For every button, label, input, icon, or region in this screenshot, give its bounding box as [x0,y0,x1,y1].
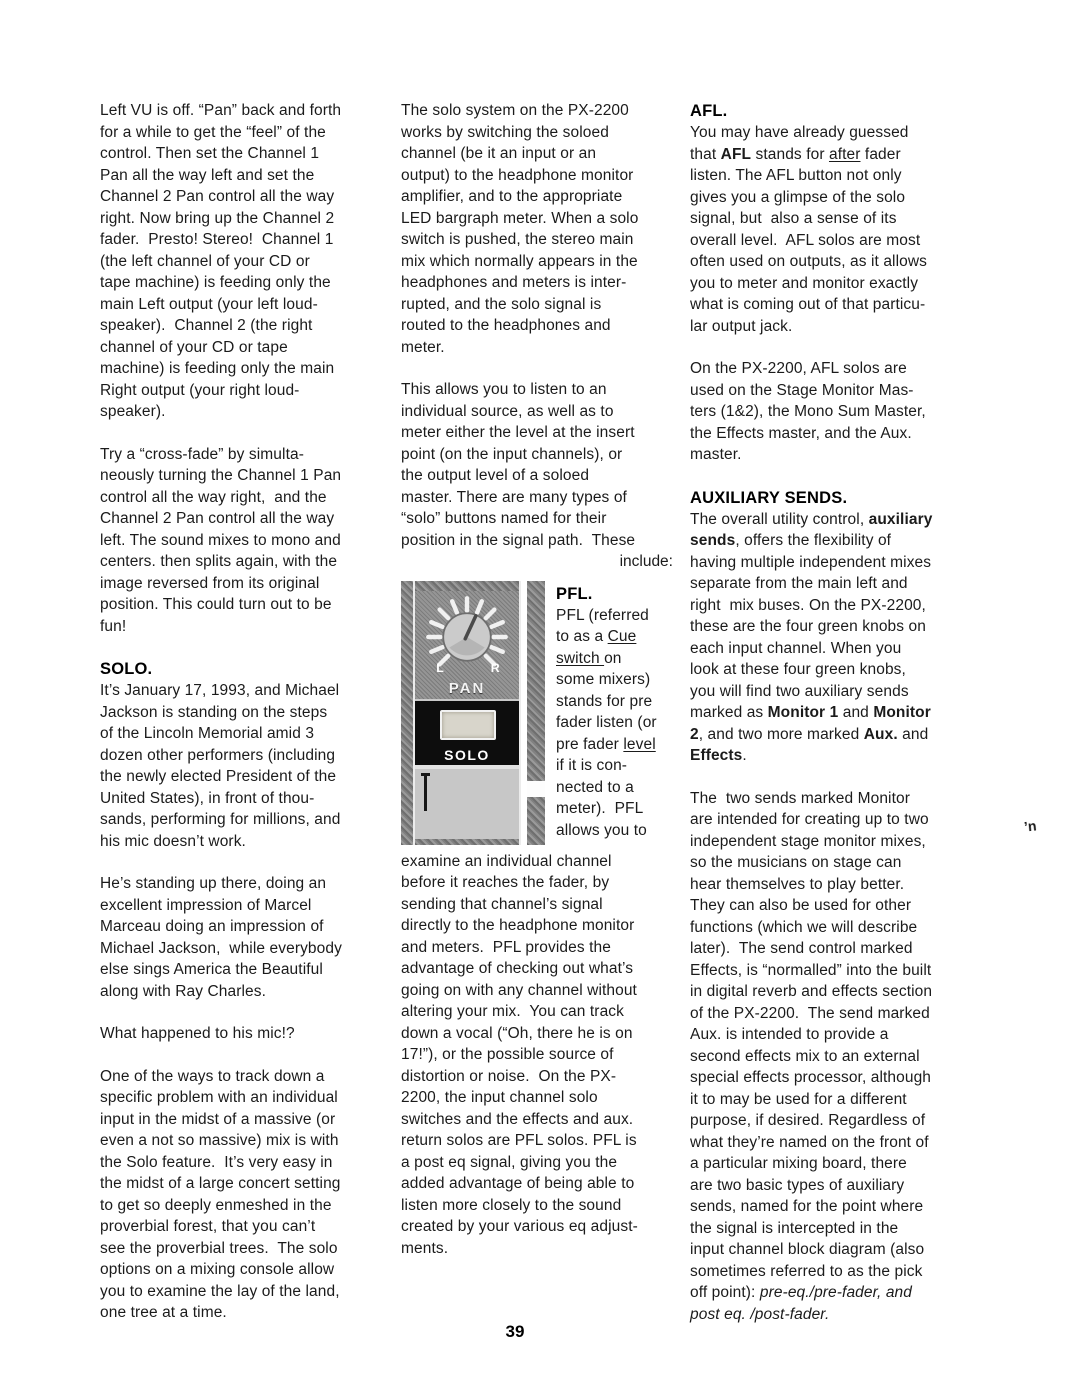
fader-slot-mark [424,773,427,811]
strip-left-edge [401,581,413,845]
paragraph: PFL (referred to as a Cue switch on some… [556,605,677,842]
solo-button-label: SOLO [415,747,519,763]
pan-knob-icon: L R [423,593,511,681]
paragraph: It’s January 17, 1993, and Michael Jacks… [100,680,388,852]
paragraph: One of the ways to track down a specific… [100,1066,388,1324]
ink-smudge-mark: ’n [1023,817,1037,834]
pan-right-label: R [491,661,500,675]
heading-auxiliary-sends: AUXILIARY SENDS. [690,487,986,509]
column-right: AFL. You may have already guessed that A… [690,100,986,1346]
heading-solo: SOLO. [100,658,388,680]
paragraph: The overall utility control, auxiliary s… [690,509,986,767]
column-left: Left VU is off. “Pan” back and forth for… [100,100,388,1346]
paragraph: On the PX-2200, AFL solos are used on th… [690,358,986,466]
pan-left-label: L [436,661,444,675]
channel-strip-photo: L R PAN SOLO [401,581,547,845]
solo-section: SOLO [415,699,519,765]
adjacent-strip-edge [527,581,545,845]
paragraph: This allows you to listen to an individu… [401,379,677,551]
paragraph: You may have already guessed that AFL st… [690,122,986,337]
paragraph: The solo system on the PX-2200 works by … [401,100,677,358]
strip-bottom-edge [415,839,519,845]
heading-afl: AFL. [690,100,986,122]
page-content: Left VU is off. “Pan” back and forth for… [100,100,986,1346]
column-middle: The solo system on the PX-2200 works by … [401,100,677,1346]
paragraph: Left VU is off. “Pan” back and forth for… [100,100,388,423]
heading-pfl: PFL. [556,583,677,605]
fader-section [415,765,519,839]
solo-button [440,710,496,740]
pan-section: L R PAN [415,591,519,699]
paragraph: examine an individual channel before it … [401,851,677,1260]
adjacent-strip-notch [527,781,545,797]
paragraph: Try a “cross-fade” by simulta- neously t… [100,444,388,638]
strip-top-edge [415,581,519,591]
pan-label: PAN [415,680,519,697]
manual-page: Left VU is off. “Pan” back and forth for… [0,0,1080,1395]
paragraph: What happened to his mic!? [100,1023,388,1045]
pfl-text-column: PFL. PFL (referred to as a Cue switch on… [556,581,677,845]
paragraph: The two sends marked Monitor are intende… [690,788,986,1326]
paragraph: He’s standing up there, doing an excelle… [100,873,388,1002]
pfl-figure-row: L R PAN SOLO [401,581,677,845]
include-line: include: [401,551,673,573]
page-number: 39 [445,1322,585,1342]
strip-face: L R PAN SOLO [413,581,521,845]
